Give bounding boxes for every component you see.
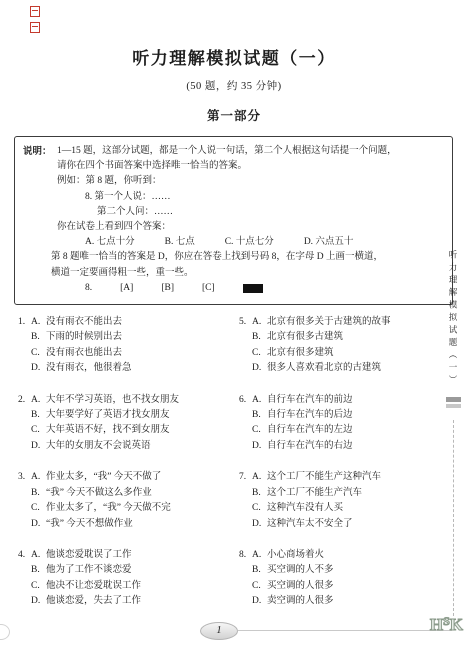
answer-option: 6.A.自行车在汽车的前边 [239, 393, 442, 408]
option-label: D. [31, 517, 46, 532]
option-label: A. [252, 470, 267, 485]
demo-choice: [C] [202, 281, 215, 296]
instruction-line: 1—15 题，这部分试题，都是一个人说一句话，第二个人根据这句话提一个问题， [57, 144, 397, 159]
answer-option: 1.A.没有雨衣不能出去 [18, 315, 221, 330]
option-label: B. [252, 563, 267, 578]
instruction-line: 请你在四个书面答案中选择唯一恰当的答案。 [57, 159, 444, 174]
questions-grid: 1.A.没有雨衣不能出去B.下雨的时候别出去C.没有雨衣也能出去D.没有雨衣，他… [18, 315, 442, 626]
question-number: 2. [18, 393, 31, 408]
question-number [239, 330, 252, 345]
option-label: C. [31, 346, 46, 361]
option-label: B. [31, 330, 46, 345]
footer-rule [238, 630, 452, 631]
answer-option: B.这个工厂不能生产汽车 [239, 486, 442, 501]
answer-option: C.作业太多了，“我” 今天做不完 [18, 501, 221, 516]
option-label: B. [252, 408, 267, 423]
demo-answer-number: 8. [85, 281, 92, 296]
question-number [239, 423, 252, 438]
option-text: 作业太多了，“我” 今天做不完 [46, 501, 171, 516]
marked-answer-box [243, 284, 263, 293]
question-number [239, 594, 252, 609]
answer-option: 7.A.这个工厂不能生产这种汽车 [239, 470, 442, 485]
option-label: D. [252, 439, 267, 454]
option-text: 大年要学好了英语才找女朋友 [46, 408, 170, 423]
option-label: C. [31, 579, 46, 594]
option-label: B. [252, 486, 267, 501]
option-label: C. [252, 346, 267, 361]
option-text: “我” 今天不想做作业 [46, 517, 133, 532]
hsk-logo-letter: S [443, 614, 450, 628]
questions-column-right: 5.A.北京有很多关于古建筑的故事B.北京有很多古建筑C.北京有很多建筑D.很多… [239, 315, 442, 626]
option-label: A. [31, 470, 46, 485]
option-text: 自行车在汽车的右边 [267, 439, 353, 454]
option-text: 小心商场着火 [267, 548, 324, 563]
question-number [18, 579, 31, 594]
question-number: 8. [239, 548, 252, 563]
hsk-logo: HSK [430, 615, 463, 635]
answer-option: 2.A.大年不学习英语，也不找女朋友 [18, 393, 221, 408]
question-number [18, 594, 31, 609]
answer-option: D.卖空调的人很多 [239, 594, 442, 609]
option-text: 没有雨衣不能出去 [46, 315, 122, 330]
question-number [18, 563, 31, 578]
option-text: 很多人喜欢看北京的古建筑 [267, 361, 381, 376]
option-text: 下雨的时候别出去 [46, 330, 122, 345]
answer-option: 4.A.他谈恋爱耽误了工作 [18, 548, 221, 563]
answer-option: D.这种汽车太不安全了 [239, 517, 442, 532]
question-number [239, 563, 252, 578]
option-label: A. [31, 315, 46, 330]
option-text: 北京有很多古建筑 [267, 330, 343, 345]
option-label: B. [31, 563, 46, 578]
instructions-label: 说明： [23, 144, 57, 159]
page-curl-decoration [0, 624, 10, 640]
option-text: 自行车在汽车的后边 [267, 408, 353, 423]
tab-bars-icon [444, 397, 462, 408]
stamp-mark-icon [30, 22, 40, 33]
option-text: 他决不让恋爱耽误工作 [46, 579, 141, 594]
option-text: 买空调的人不多 [267, 563, 334, 578]
answer-option: D.他谈恋爱，失去了工作 [18, 594, 221, 609]
option-label: D. [252, 517, 267, 532]
example-option: A. 七点十分 [85, 235, 135, 250]
option-text: 北京有很多建筑 [267, 346, 334, 361]
side-tab: 听力理解模拟试题（一） [444, 250, 462, 408]
option-label: C. [31, 423, 46, 438]
instruction-line: 第二个人问：…… [97, 205, 444, 220]
answer-option: D.自行车在汽车的右边 [239, 439, 442, 454]
option-label: D. [31, 594, 46, 609]
option-label: C. [252, 423, 267, 438]
instructions-box: 说明： 1—15 题，这部分试题，都是一个人说一句话，第二个人根据这句话提一个问… [14, 136, 453, 305]
questions-column-left: 1.A.没有雨衣不能出去B.下雨的时候别出去C.没有雨衣也能出去D.没有雨衣，他… [18, 315, 221, 626]
answer-option: 3.A.作业太多，“我” 今天不做了 [18, 470, 221, 485]
answer-option: B.买空调的人不多 [239, 563, 442, 578]
option-text: 这种汽车没有人买 [267, 501, 343, 516]
answer-option: 5.A.北京有很多关于古建筑的故事 [239, 315, 442, 330]
test-paper-page: 听力理解模拟试题（一） (50 题，约 35 分钟) 第一部分 说明： 1—15… [0, 0, 468, 652]
question-block: 5.A.北京有很多关于古建筑的故事B.北京有很多古建筑C.北京有很多建筑D.很多… [239, 315, 442, 377]
page-header: 听力理解模拟试题（一） (50 题，约 35 分钟) 第一部分 [0, 0, 468, 124]
answer-option: C.没有雨衣也能出去 [18, 346, 221, 361]
question-number [18, 408, 31, 423]
option-text: 买空调的人很多 [267, 579, 334, 594]
answer-option: B.下雨的时候别出去 [18, 330, 221, 345]
demo-choice: [A] [120, 281, 133, 296]
question-number: 7. [239, 470, 252, 485]
question-number: 5. [239, 315, 252, 330]
question-number [18, 517, 31, 532]
option-label: A. [252, 548, 267, 563]
question-number [239, 439, 252, 454]
question-number: 4. [18, 548, 31, 563]
answer-option: B.北京有很多古建筑 [239, 330, 442, 345]
question-number: 3. [18, 470, 31, 485]
option-label: C. [252, 501, 267, 516]
option-label: A. [31, 393, 46, 408]
question-number [239, 517, 252, 532]
example-option: D. 六点五十 [304, 235, 354, 250]
example-option: B. 七点 [165, 235, 195, 250]
question-number [239, 501, 252, 516]
option-label: A. [252, 393, 267, 408]
page-subtitle: (50 题，约 35 分钟) [0, 78, 468, 93]
option-label: B. [252, 330, 267, 345]
option-text: “我” 今天不做这么多作业 [46, 486, 152, 501]
question-block: 8.A.小心商场着火B.买空调的人不多C.买空调的人很多D.卖空调的人很多 [239, 548, 442, 610]
instruction-line: 8. 第一个人说：…… [85, 190, 444, 205]
question-number [239, 361, 252, 376]
question-number [18, 439, 31, 454]
question-block: 1.A.没有雨衣不能出去B.下雨的时候别出去C.没有雨衣也能出去D.没有雨衣，他… [18, 315, 221, 377]
answer-option: C.买空调的人很多 [239, 579, 442, 594]
stamp-mark-icon [30, 6, 40, 17]
question-block: 4.A.他谈恋爱耽误了工作B.他为了工作不谈恋爱C.他决不让恋爱耽误工作D.他谈… [18, 548, 221, 610]
option-label: D. [31, 361, 46, 376]
instruction-line: 横道一定要画得粗一些，重一些。 [51, 266, 444, 281]
question-number [18, 423, 31, 438]
demo-answer-row: 8. [A] [B] [C] [85, 281, 444, 296]
question-block: 7.A.这个工厂不能生产这种汽车B.这个工厂不能生产汽车C.这种汽车没有人买D.… [239, 470, 442, 532]
answer-option: 8.A.小心商场着火 [239, 548, 442, 563]
option-label: D. [31, 439, 46, 454]
option-text: 这种汽车太不安全了 [267, 517, 353, 532]
option-label: A. [31, 548, 46, 563]
option-label: C. [252, 579, 267, 594]
option-text: 作业太多，“我” 今天不做了 [46, 470, 161, 485]
option-text: 这个工厂不能生产这种汽车 [267, 470, 381, 485]
question-number [18, 501, 31, 516]
option-text: 自行车在汽车的前边 [267, 393, 353, 408]
question-number [239, 408, 252, 423]
instruction-line: 第 8 题唯一恰当的答案是 D，你应在答卷上找到号码 8，在字母 D 上画一横道… [51, 250, 444, 265]
section-heading: 第一部分 [0, 106, 468, 124]
side-tab-label: 听力理解模拟试题（一） [447, 250, 459, 388]
option-label: B. [31, 486, 46, 501]
answer-option: B.自行车在汽车的后边 [239, 408, 442, 423]
question-block: 6.A.自行车在汽车的前边B.自行车在汽车的后边C.自行车在汽车的左边D.自行车… [239, 393, 442, 455]
answer-option: B.他为了工作不谈恋爱 [18, 563, 221, 578]
instruction-line: 你在试卷上看到四个答案： [57, 220, 444, 235]
option-label: C. [31, 501, 46, 516]
option-text: 这个工厂不能生产汽车 [267, 486, 362, 501]
option-label: D. [252, 361, 267, 376]
question-number [239, 579, 252, 594]
option-label: D. [252, 594, 267, 609]
answer-option: C.大年英语不好，找不到女朋友 [18, 423, 221, 438]
answer-option: D.没有雨衣，他很着急 [18, 361, 221, 376]
page-title: 听力理解模拟试题（一） [0, 48, 468, 69]
question-number [18, 486, 31, 501]
option-text: 他为了工作不谈恋爱 [46, 563, 132, 578]
option-text: 没有雨衣，他很着急 [46, 361, 132, 376]
answer-option: C.这种汽车没有人买 [239, 501, 442, 516]
answer-option: C.自行车在汽车的左边 [239, 423, 442, 438]
option-text: 自行车在汽车的左边 [267, 423, 353, 438]
option-text: 大年的女朋友不会说英语 [46, 439, 151, 454]
option-text: 北京有很多关于古建筑的故事 [267, 315, 391, 330]
answer-option: D.很多人喜欢看北京的古建筑 [239, 361, 442, 376]
question-number [239, 346, 252, 361]
question-number [18, 330, 31, 345]
question-number: 6. [239, 393, 252, 408]
option-label: A. [252, 315, 267, 330]
option-text: 大年英语不好，找不到女朋友 [46, 423, 170, 438]
option-text: 没有雨衣也能出去 [46, 346, 122, 361]
question-number [239, 486, 252, 501]
question-number [18, 361, 31, 376]
hsk-logo-letter: H [430, 615, 443, 634]
answer-option: B.大年要学好了英语才找女朋友 [18, 408, 221, 423]
option-text: 大年不学习英语，也不找女朋友 [46, 393, 179, 408]
hsk-logo-letter: K [450, 615, 463, 634]
instruction-line: 例如：第 8 题，你听到： [57, 174, 444, 189]
demo-choice: [B] [161, 281, 174, 296]
answer-option: B.“我” 今天不做这么多作业 [18, 486, 221, 501]
answer-option: D.“我” 今天不想做作业 [18, 517, 221, 532]
option-text: 卖空调的人很多 [267, 594, 334, 609]
answer-option: C.北京有很多建筑 [239, 346, 442, 361]
dashed-divider [453, 420, 454, 616]
example-option: C. 十点七分 [225, 235, 274, 250]
question-number: 1. [18, 315, 31, 330]
option-text: 他谈恋爱耽误了工作 [46, 548, 132, 563]
question-block: 3.A.作业太多，“我” 今天不做了B.“我” 今天不做这么多作业C.作业太多了… [18, 470, 221, 532]
question-block: 2.A.大年不学习英语，也不找女朋友B.大年要学好了英语才找女朋友C.大年英语不… [18, 393, 221, 455]
option-label: B. [31, 408, 46, 423]
option-text: 他谈恋爱，失去了工作 [46, 594, 141, 609]
answer-option: D.大年的女朋友不会说英语 [18, 439, 221, 454]
question-number [18, 346, 31, 361]
answer-option: C.他决不让恋爱耽误工作 [18, 579, 221, 594]
example-options-row: A. 七点十分 B. 七点 C. 十点七分 D. 六点五十 [85, 235, 444, 250]
page-number-badge: 1 [200, 622, 238, 640]
